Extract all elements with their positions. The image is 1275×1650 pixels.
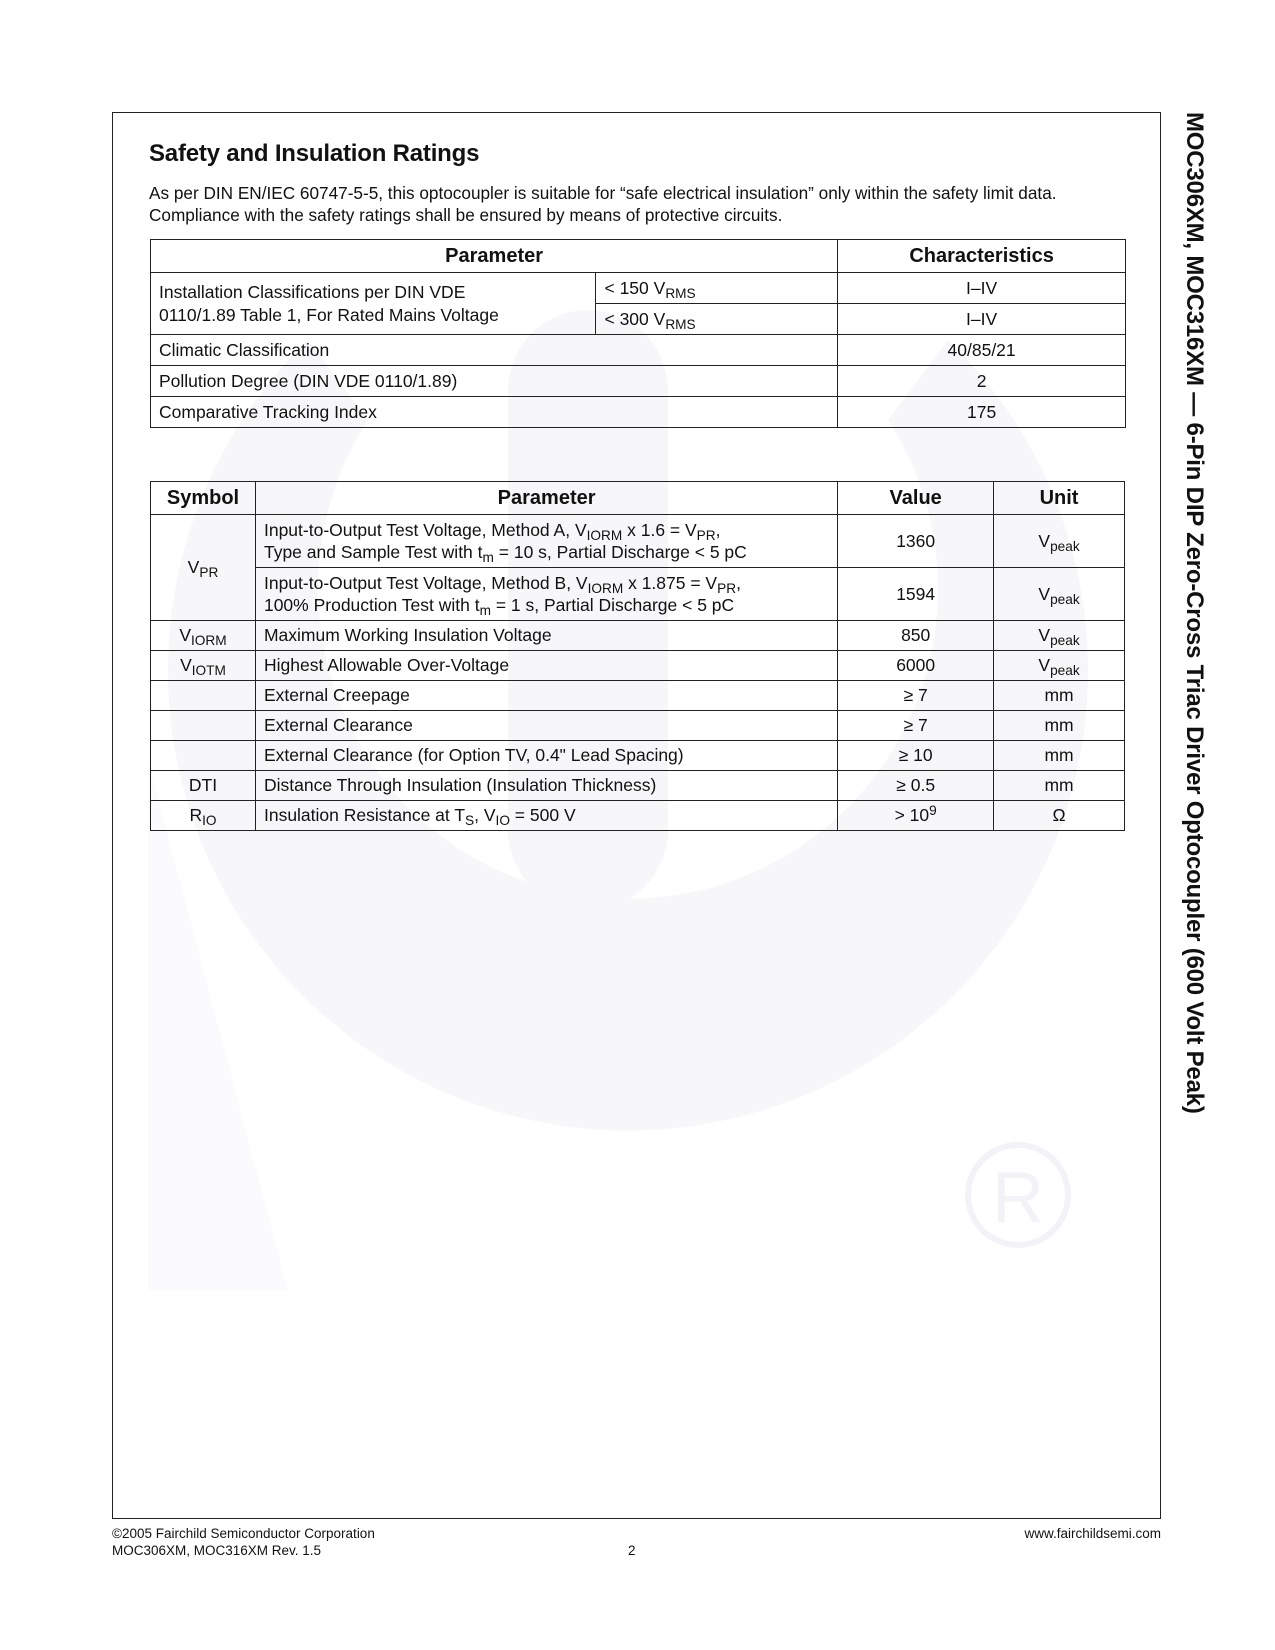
table-header-row: Parameter Characteristics: [151, 240, 1126, 273]
symbol-cell: VIOTM: [151, 651, 256, 681]
insulation-specs-table: Symbol Parameter Value Unit VPR Input-to…: [150, 481, 1125, 831]
parameter-cell: Climatic Classification: [151, 335, 838, 366]
symbol-cell: [151, 681, 256, 711]
parameter-cell: Insulation Resistance at TS, VIO = 500 V: [255, 801, 837, 831]
side-title-text: MOC306XM, MOC316XM — 6-Pin DIP Zero-Cros…: [1180, 112, 1208, 1114]
parameter-cell: Comparative Tracking Index: [151, 397, 838, 428]
value-cell: ≥ 7: [838, 711, 994, 741]
symbol-cell: DTI: [151, 771, 256, 801]
table-row: External Clearance (for Option TV, 0.4" …: [151, 741, 1125, 771]
header-unit: Unit: [994, 482, 1125, 515]
value-cell: ≥ 0.5: [838, 771, 994, 801]
unit-cell: Vpeak: [994, 651, 1125, 681]
value-cell: ≥ 10: [838, 741, 994, 771]
value-cell: ≥ 7: [838, 681, 994, 711]
label-line: 0110/1.89 Table 1, For Rated Mains Volta…: [159, 305, 499, 325]
unit-cell: Vpeak: [994, 568, 1125, 621]
symbol-cell: VIORM: [151, 621, 256, 651]
header-parameter: Parameter: [255, 482, 837, 515]
table-row: Comparative Tracking Index 175: [151, 397, 1126, 428]
parameter-cell: Maximum Working Insulation Voltage: [255, 621, 837, 651]
unit-cell: mm: [994, 681, 1125, 711]
symbol-cell: [151, 741, 256, 771]
side-title: MOC306XM, MOC316XM — 6-Pin DIP Zero-Cros…: [1170, 112, 1210, 1182]
table-row: Climatic Classification 40/85/21: [151, 335, 1126, 366]
value-cell: 1594: [838, 568, 994, 621]
parameter-cell: Distance Through Insulation (Insulation …: [255, 771, 837, 801]
unit-cell: mm: [994, 771, 1125, 801]
table-row: VIOTM Highest Allowable Over-Voltage 600…: [151, 651, 1125, 681]
value-cell: 850: [838, 621, 994, 651]
footer-website-link[interactable]: www.fairchildsemi.com: [1024, 1526, 1161, 1541]
table-row: External Creepage ≥ 7 mm: [151, 681, 1125, 711]
voltage-condition: < 300 VRMS: [596, 304, 838, 335]
header-value: Value: [838, 482, 994, 515]
unit-cell: Vpeak: [994, 515, 1125, 568]
symbol-cell: VPR: [151, 515, 256, 621]
unit-cell: Vpeak: [994, 621, 1125, 651]
parameter-cell: Pollution Degree (DIN VDE 0110/1.89): [151, 366, 838, 397]
characteristic-value: 2: [838, 366, 1126, 397]
parameter-cell: Highest Allowable Over-Voltage: [255, 651, 837, 681]
section-title: Safety and Insulation Ratings: [149, 140, 479, 168]
parameter-cell: External Clearance (for Option TV, 0.4" …: [255, 741, 837, 771]
characteristic-value: 175: [838, 397, 1126, 428]
unit-cell: mm: [994, 711, 1125, 741]
voltage-condition: < 150 VRMS: [596, 273, 838, 304]
section-intro: As per DIN EN/IEC 60747-5-5, this optoco…: [149, 182, 1129, 226]
table-row: Installation Classifications per DIN VDE…: [151, 273, 1126, 304]
characteristic-value: I–IV: [838, 273, 1126, 304]
label-line: Installation Classifications per DIN VDE: [159, 282, 465, 302]
header-characteristics: Characteristics: [838, 240, 1126, 273]
symbol-cell: RIO: [151, 801, 256, 831]
table-header-row: Symbol Parameter Value Unit: [151, 482, 1125, 515]
value-cell: > 109: [838, 801, 994, 831]
table-row: VIORM Maximum Working Insulation Voltage…: [151, 621, 1125, 651]
parameter-cell: Input-to-Output Test Voltage, Method A, …: [255, 515, 837, 568]
value-cell: 6000: [838, 651, 994, 681]
symbol-cell: [151, 711, 256, 741]
table-row: VPR Input-to-Output Test Voltage, Method…: [151, 515, 1125, 568]
table-row: DTI Distance Through Insulation (Insulat…: [151, 771, 1125, 801]
table-row: External Clearance ≥ 7 mm: [151, 711, 1125, 741]
footer-copyright: ©2005 Fairchild Semiconductor Corporatio…: [112, 1526, 375, 1541]
header-symbol: Symbol: [151, 482, 256, 515]
characteristic-value: I–IV: [838, 304, 1126, 335]
value-cell: 1360: [838, 515, 994, 568]
parameter-cell: Input-to-Output Test Voltage, Method B, …: [255, 568, 837, 621]
table-row: RIO Insulation Resistance at TS, VIO = 5…: [151, 801, 1125, 831]
characteristic-value: 40/85/21: [838, 335, 1126, 366]
installation-ratings-table: Parameter Characteristics Installation C…: [150, 239, 1126, 428]
table-row: Input-to-Output Test Voltage, Method B, …: [151, 568, 1125, 621]
parameter-cell: External Clearance: [255, 711, 837, 741]
header-parameter: Parameter: [151, 240, 838, 273]
unit-cell: Ω: [994, 801, 1125, 831]
table-row: Pollution Degree (DIN VDE 0110/1.89) 2: [151, 366, 1126, 397]
footer-part-revision: MOC306XM, MOC316XM Rev. 1.5: [112, 1543, 321, 1558]
installation-label: Installation Classifications per DIN VDE…: [151, 273, 596, 335]
unit-cell: mm: [994, 741, 1125, 771]
parameter-cell: External Creepage: [255, 681, 837, 711]
footer-page-number: 2: [628, 1543, 636, 1558]
